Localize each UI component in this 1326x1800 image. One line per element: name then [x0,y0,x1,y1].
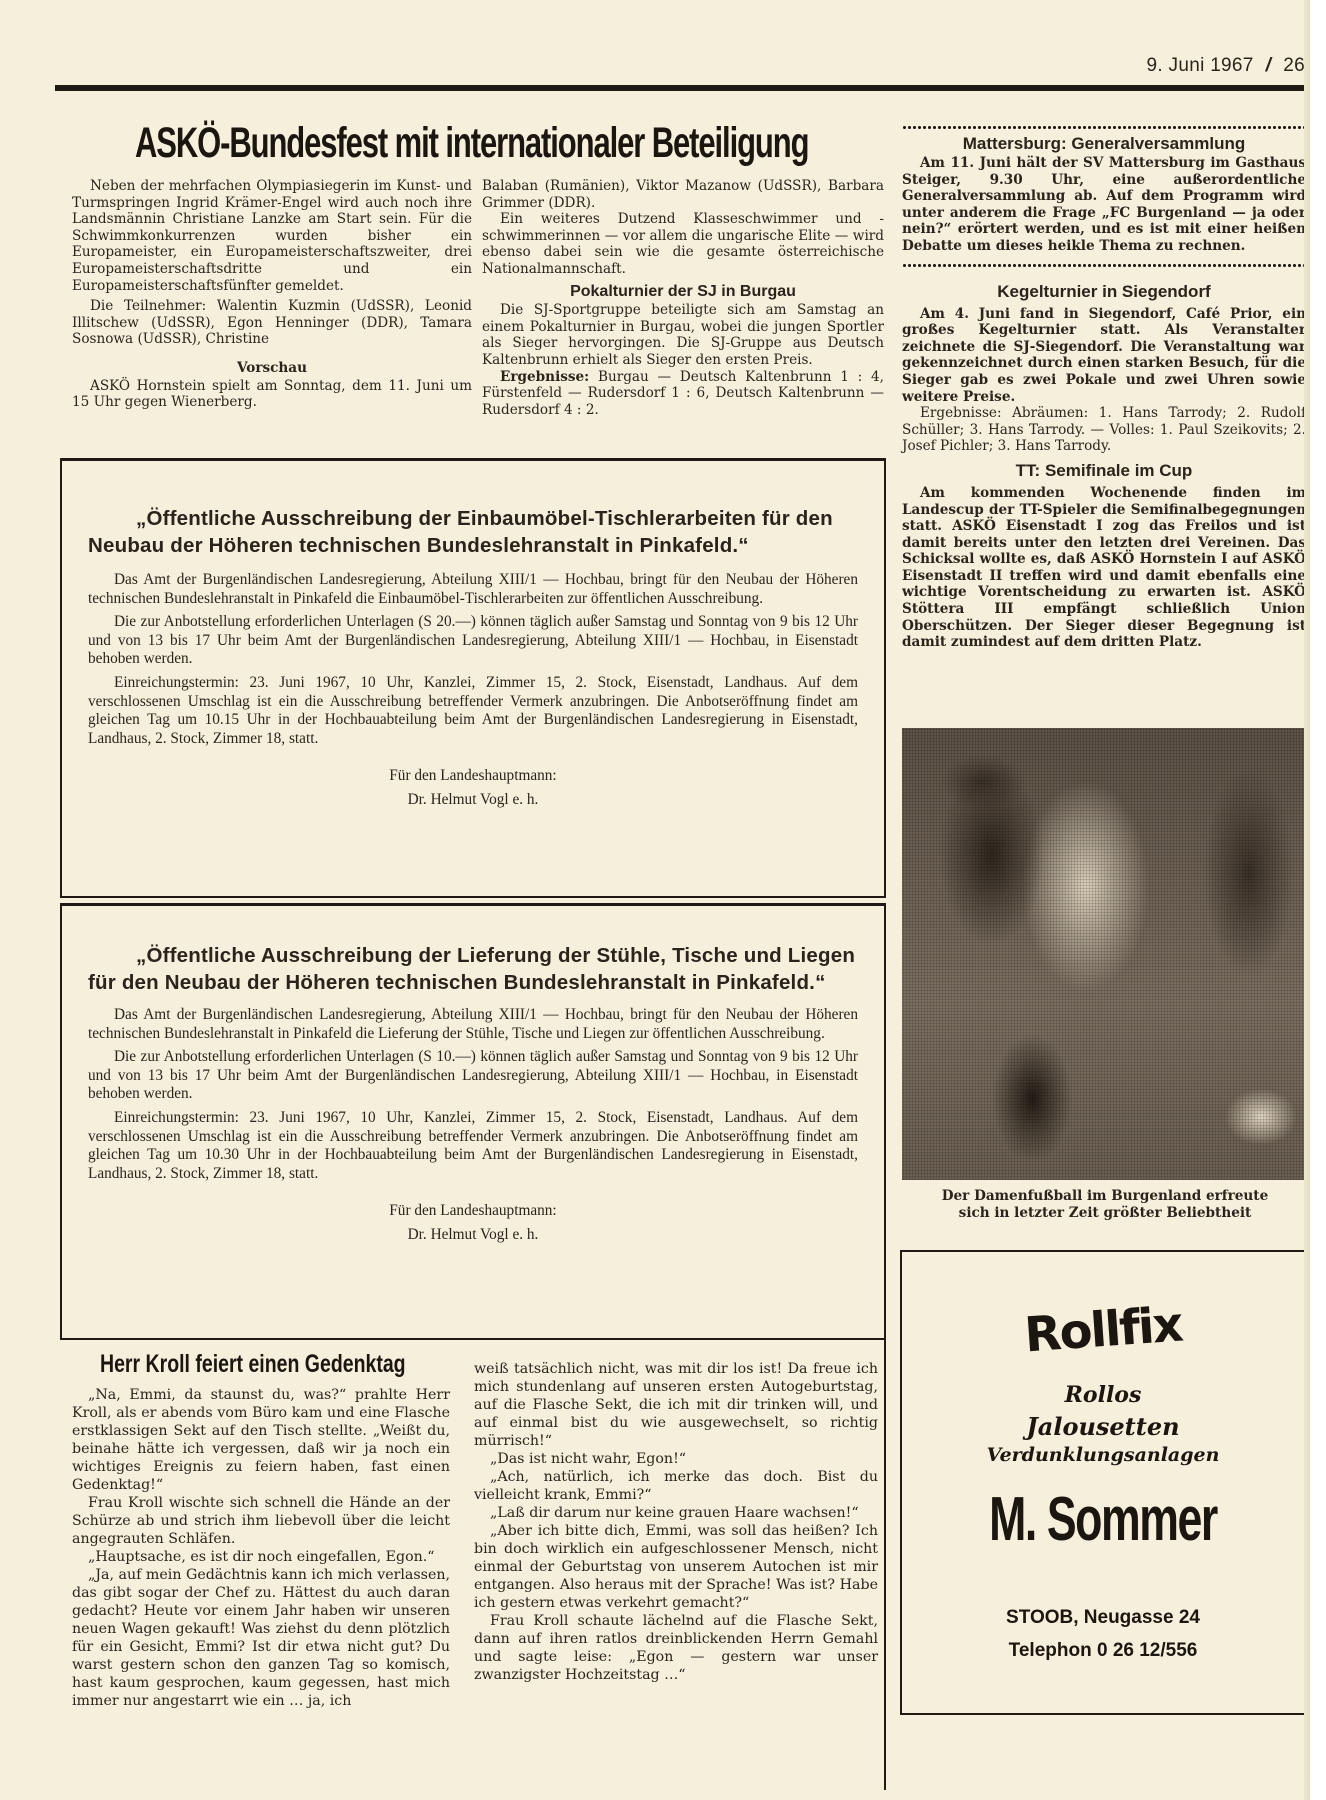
tender-paragraph: Die zur Anbotstellung erforderlichen Unt… [88,1048,858,1104]
signature-line: Für den Landeshauptmann: [88,1199,858,1223]
tt-cup-text: Am kommenden Wochenende finden im Landes… [902,485,1306,651]
pokalturnier-text: Die SJ-Sportgruppe beteiligte sich am Sa… [482,302,884,368]
signatory: Dr. Helmut Vogl e. h. [88,788,858,812]
rollfix-logo: Rollfix [901,1288,1306,1372]
main-article-paragraph: Neben der mehrfachen Olympiasiegerin im … [72,178,472,294]
caption-line: Der Damenfußball im Burgenland erfreute [900,1188,1310,1205]
kroll-paragraph: „Aber ich bitte dich, Emmi, was soll das… [474,1522,878,1612]
kroll-paragraph: „Ach, natürlich, ich merke das doch. Bis… [474,1468,878,1504]
caption-line: sich in letzter Zeit größter Beliebtheit [900,1205,1310,1222]
dotted-rule [902,125,1306,130]
mattersburg-heading: Mattersburg: Generalversammlung [902,134,1306,154]
pokalturnier-results: Ergebnisse: Burgau — Deutsch Kaltenbrunn… [482,369,884,419]
main-headline: ASKÖ-Bundesfest mit internationaler Bete… [135,118,625,168]
tender-1-body: Das Amt der Burgenländischen Landesregie… [88,571,858,748]
tender-2-signature: Für den Landeshauptmann: Dr. Helmut Vogl… [88,1199,858,1247]
kegelturnier-results: Ergebnisse: Abräumen: 1. Hans Tarrody; 2… [902,405,1306,455]
kroll-paragraph: weiß tatsächlich nicht, was mit dir los … [474,1360,878,1450]
tender-paragraph: Das Amt der Burgenländischen Landesregie… [88,1006,858,1043]
signatory: Dr. Helmut Vogl e. h. [88,1223,858,1247]
mattersburg-text: Am 11. Juni hält der SV Mattersburg im G… [902,155,1306,255]
damenfussball-photo [902,728,1310,1180]
ad-company-name: M. Sommer [958,1484,1247,1555]
ad-address: STOOB, Neugasse 24 [902,1607,1304,1629]
tender-paragraph: Das Amt der Burgenländischen Landesregie… [88,571,858,608]
main-article-paragraph: Balaban (Rumänien), Viktor Mazanow (UdSS… [482,178,884,211]
page-number: 26 [1283,55,1305,76]
tt-cup-heading: TT: Semifinale im Cup [902,461,1306,481]
kroll-headline: Herr Kroll feiert einen Gedenktag [100,1350,381,1379]
main-article-col1: Neben der mehrfachen Olympiasiegerin im … [72,178,472,411]
kroll-paragraph: „Laß dir darum nur keine grauen Haare wa… [474,1504,878,1522]
tender-paragraph: Die zur Anbotstellung erforderlichen Unt… [88,613,858,669]
tender-paragraph: Einreichungstermin: 23. Juni 1967, 10 Uh… [88,1109,858,1183]
tender-notice-1: „Öffentliche Ausschreibung der Einbaumöb… [60,458,886,898]
tender-1-signature: Für den Landeshauptmann: Dr. Helmut Vogl… [88,764,858,812]
ad-product-jalousetten: Jalousetten [902,1412,1304,1441]
kroll-paragraph: Frau Kroll wischte sich schnell die Händ… [72,1494,450,1548]
tender-notice-2: „Öffentliche Ausschreibung der Lieferung… [60,903,886,1340]
issue-date: 9. Juni 1967 [1147,55,1254,76]
vorschau-heading: Vorschau [72,360,472,377]
kegelturnier-paragraph: Am 4. Juni fand in Siegendorf, Café Prio… [902,306,1306,406]
ad-product-rollos: Rollos [902,1382,1304,1408]
tender-2-body: Das Amt der Burgenländischen Landesregie… [88,1006,858,1183]
newspaper-page: 9. Juni 1967/26 ASKÖ-Bundesfest mit inte… [0,0,1310,1800]
kroll-paragraph: Frau Kroll schaute lächelnd auf die Flas… [474,1612,878,1684]
ad-phone: Telephon 0 26 12/556 [902,1640,1304,1662]
column-rule [884,1338,886,1790]
mattersburg-paragraph: Am 11. Juni hält der SV Mattersburg im G… [902,155,1306,255]
ad-product-verdunklung: Verdunklungsanlagen [902,1444,1304,1466]
header-rule [55,85,1305,91]
kroll-col2: weiß tatsächlich nicht, was mit dir los … [474,1360,878,1684]
tt-cup-paragraph: Am kommenden Wochenende finden im Landes… [902,485,1306,651]
dateline-separator: / [1266,55,1272,76]
photo-caption: Der Damenfußball im Burgenland erfreute … [900,1188,1310,1222]
vorschau-text: ASKÖ Hornstein spielt am Sonntag, dem 11… [72,378,472,411]
signature-line: Für den Landeshauptmann: [88,764,858,788]
tender-paragraph: Einreichungstermin: 23. Juni 1967, 10 Uh… [88,674,858,748]
dotted-rule [902,263,1306,268]
tender-2-title: „Öffentliche Ausschreibung der Lieferung… [88,942,858,996]
kroll-paragraph: „Ja, auf mein Gedächtnis kann ich mich v… [72,1566,450,1710]
sidebar: Mattersburg: Generalversammlung Am 11. J… [902,125,1306,651]
page-dateline: 9. Juni 1967/26 [1060,55,1305,77]
results-label: Ergebnisse: [500,369,589,385]
pokalturnier-heading: Pokalturnier der SJ in Burgau [482,284,884,301]
kroll-col1: „Na, Emmi, da staunst du, was?“ prahlte … [72,1386,450,1710]
kroll-paragraph: „Das ist nicht wahr, Egon!“ [474,1450,878,1468]
main-article-paragraph: Ein weiteres Dutzend Klasseschwimmer und… [482,211,884,277]
kroll-paragraph: „Na, Emmi, da staunst du, was?“ prahlte … [72,1386,450,1494]
kroll-paragraph: „Hauptsache, es ist dir noch eingefallen… [72,1548,450,1566]
kegelturnier-text: Am 4. Juni fand in Siegendorf, Café Prio… [902,306,1306,455]
tender-1-title: „Öffentliche Ausschreibung der Einbaumöb… [88,505,858,559]
rollfix-advertisement: Rollfix Rollos Jalousetten Verdunklungsa… [900,1250,1306,1715]
kegelturnier-heading: Kegelturnier in Siegendorf [902,282,1306,302]
main-article-col2: Balaban (Rumänien), Viktor Mazanow (UdSS… [482,178,884,418]
main-article-paragraph: Die Teilnehmer: Walentin Kuzmin (UdSSR),… [72,298,472,348]
